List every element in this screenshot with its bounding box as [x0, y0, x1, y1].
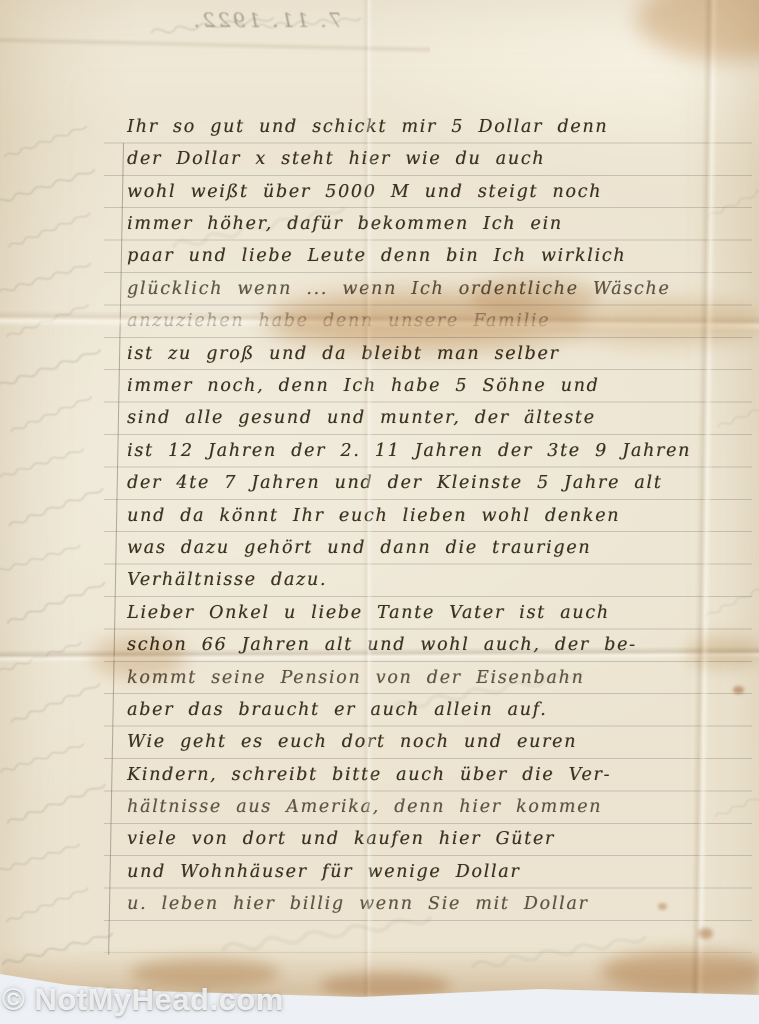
letter-line: Kindern, schreibt bitte auch über die Ve…	[127, 759, 757, 791]
letter-line: was dazu gehört und dann die traurigen	[127, 532, 757, 564]
letter-line: Wie geht es euch dort noch und euren	[127, 726, 757, 758]
letter-line: Ihr so gut und schickt mir 5 Dollar denn	[127, 111, 757, 143]
letter-line: und da könnt Ihr euch lieben wohl denken	[127, 500, 757, 532]
letter-line: viele von dort und kaufen hier Güter	[127, 823, 757, 855]
letter-line: Verhältnisse dazu.	[127, 564, 757, 596]
letter-line: u. leben hier billig wenn Sie mit Dollar	[127, 888, 757, 920]
letter-line: ist zu groß und da bleibt man selber	[127, 338, 757, 370]
letter-line: kommt seine Pension von der Eisenbahn	[127, 662, 757, 694]
letter-line: anzuziehen habe denn unsere Familie	[127, 305, 757, 337]
letter-line: der Dollar x steht hier wie du auch	[127, 143, 757, 175]
letter-line: immer noch, denn Ich habe 5 Söhne und	[127, 370, 757, 402]
letter-paper: 7. 11. 1922. Ihr so gut und schickt mir …	[0, 0, 759, 1024]
letter-line: Lieber Onkel u liebe Tante Vater ist auc…	[127, 597, 757, 629]
scan-background: 7. 11. 1922. Ihr so gut und schickt mir …	[0, 0, 759, 1024]
letter-line: glücklich wenn ... wenn Ich ordentliche …	[127, 273, 757, 305]
letter-line: hältnisse aus Amerika, denn hier kommen	[127, 791, 757, 823]
letter-line: der 4te 7 Jahren und der Kleinste 5 Jahr…	[127, 467, 757, 499]
letter-line: ist 12 Jahren der 2. 11 Jahren der 3te 9…	[127, 435, 757, 467]
letter-line: immer höher, dafür bekommen Ich ein	[127, 208, 757, 240]
letter-line: schon 66 Jahren alt und wohl auch, der b…	[127, 629, 757, 661]
watermark: © NotMyHead.com	[2, 982, 284, 1018]
letter-line: wohl weißt über 5000 M und steigt noch	[127, 176, 757, 208]
bleedthrough-date: 7. 11. 1922.	[102, 8, 342, 32]
letter-line: paar und liebe Leute denn bin Ich wirkli…	[127, 240, 757, 272]
letter-body: Ihr so gut und schickt mir 5 Dollar denn…	[127, 111, 757, 921]
letter-line: und Wohnhäuser für wenige Dollar	[127, 856, 757, 888]
letter-line: aber das braucht er auch allein auf.	[127, 694, 757, 726]
letter-line: sind alle gesund und munter, der älteste	[127, 402, 757, 434]
